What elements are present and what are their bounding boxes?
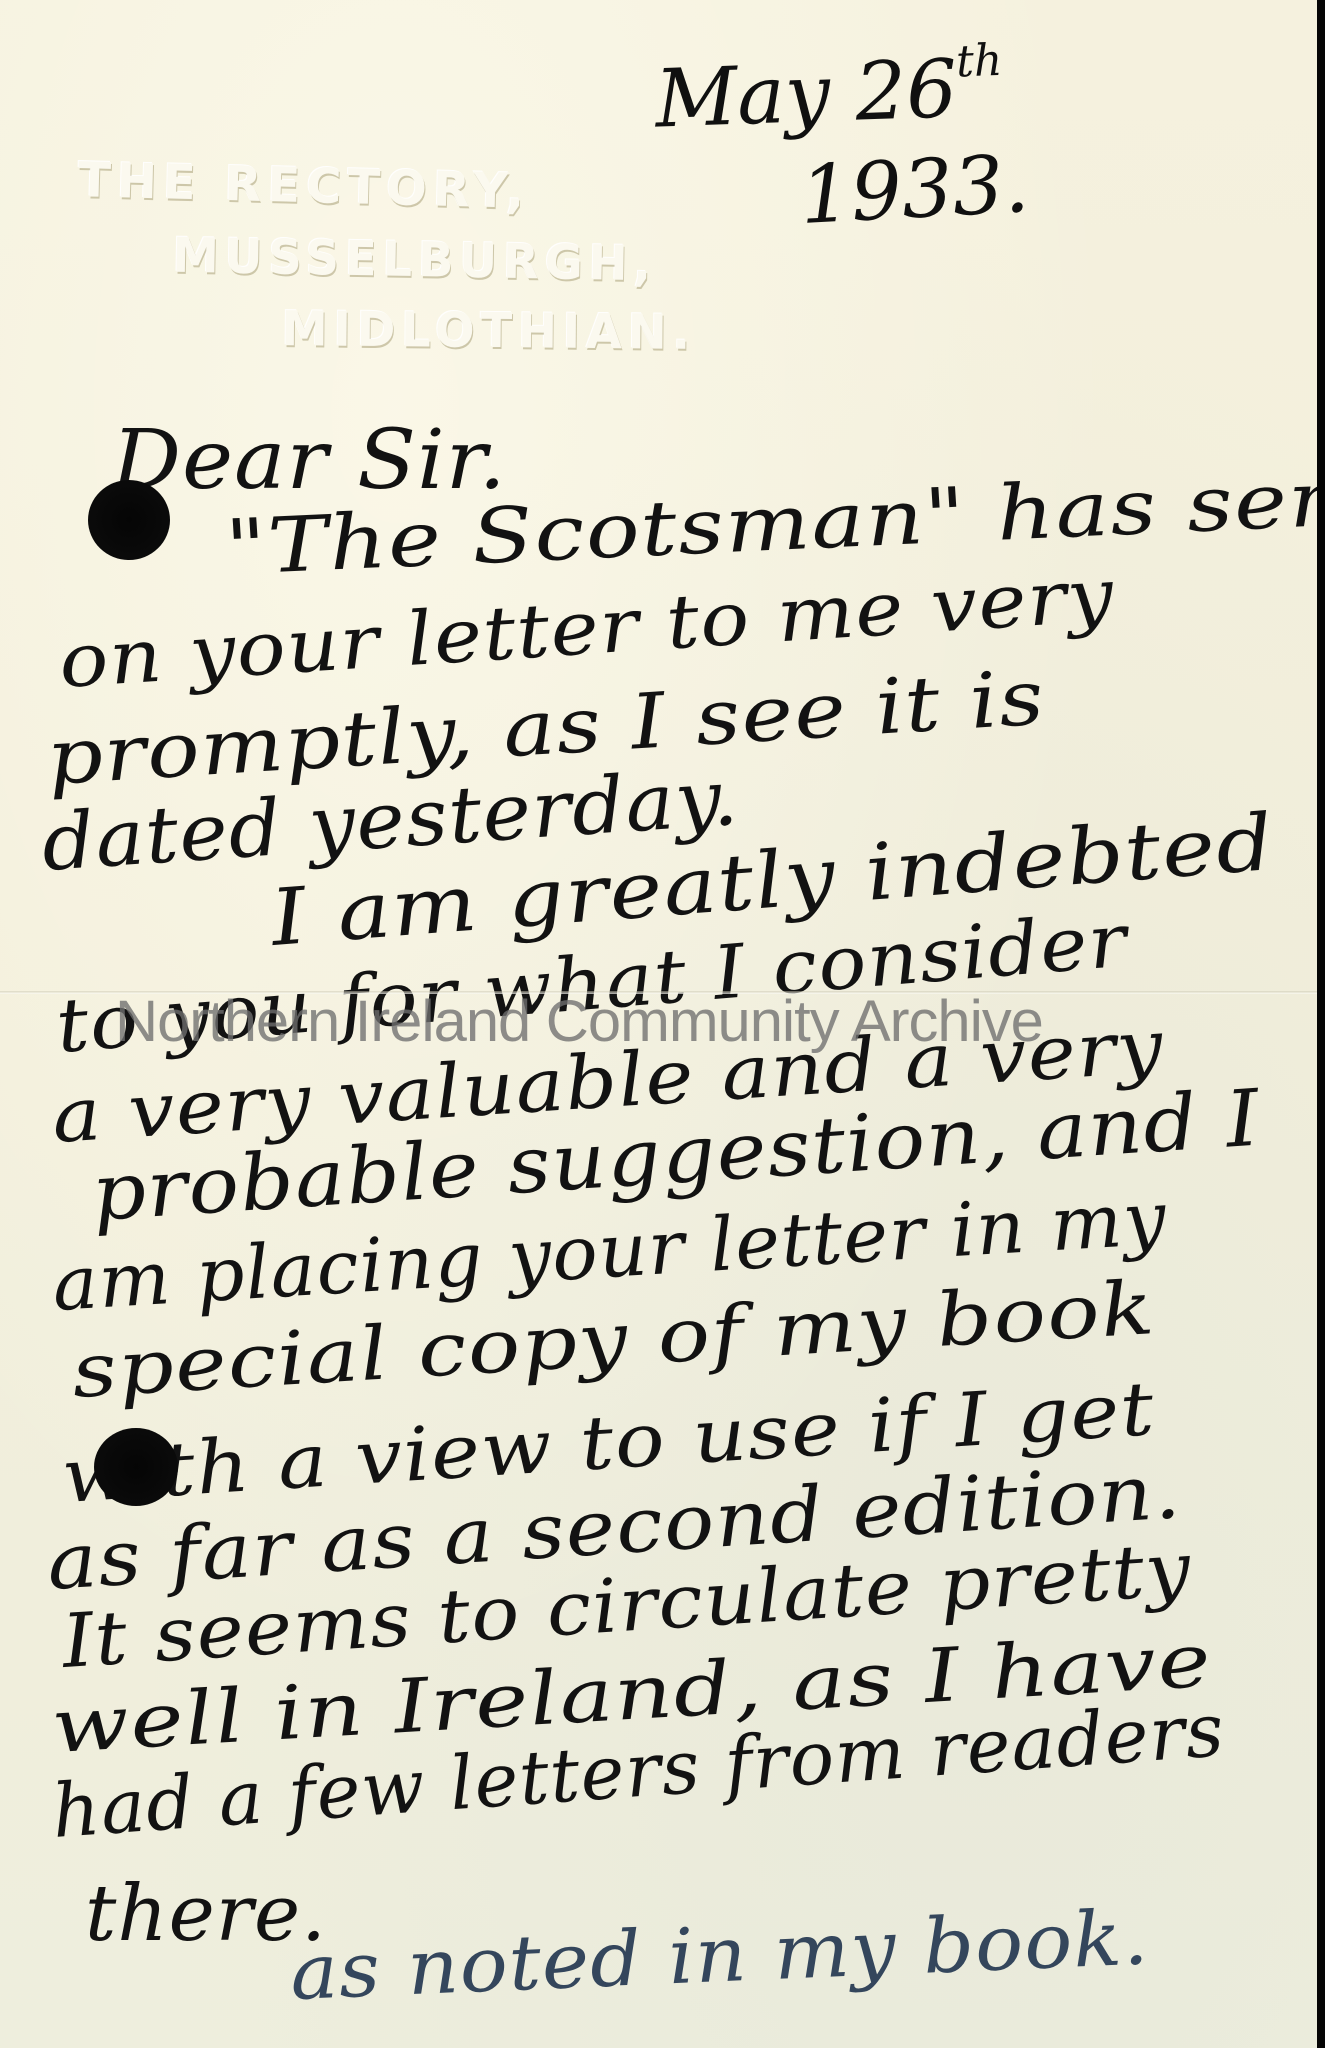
letterhead-line-1: THE RECTORY, xyxy=(77,152,531,220)
date-suffix: th xyxy=(955,35,1003,88)
punch-hole-top xyxy=(88,480,170,560)
date-month-day-text: May 26 xyxy=(654,42,959,145)
salutation: Dear Sir. xyxy=(112,420,507,502)
postscript: as noted in my book. xyxy=(289,1899,1151,2011)
scan-edge-border xyxy=(1317,0,1325,2048)
paper-fold-line xyxy=(0,991,1317,994)
date-year: 1933. xyxy=(798,144,1031,236)
letterhead-line-3: MIDLOTHIAN. xyxy=(281,301,696,361)
letter-page: THE RECTORY, MUSSELBURGH, MIDLOTHIAN. Ma… xyxy=(0,0,1317,2048)
date-month-day: May 26th xyxy=(654,39,1005,140)
letterhead-line-2: MUSSELBURGH, xyxy=(172,228,657,293)
punch-hole-bottom xyxy=(94,1428,178,1506)
